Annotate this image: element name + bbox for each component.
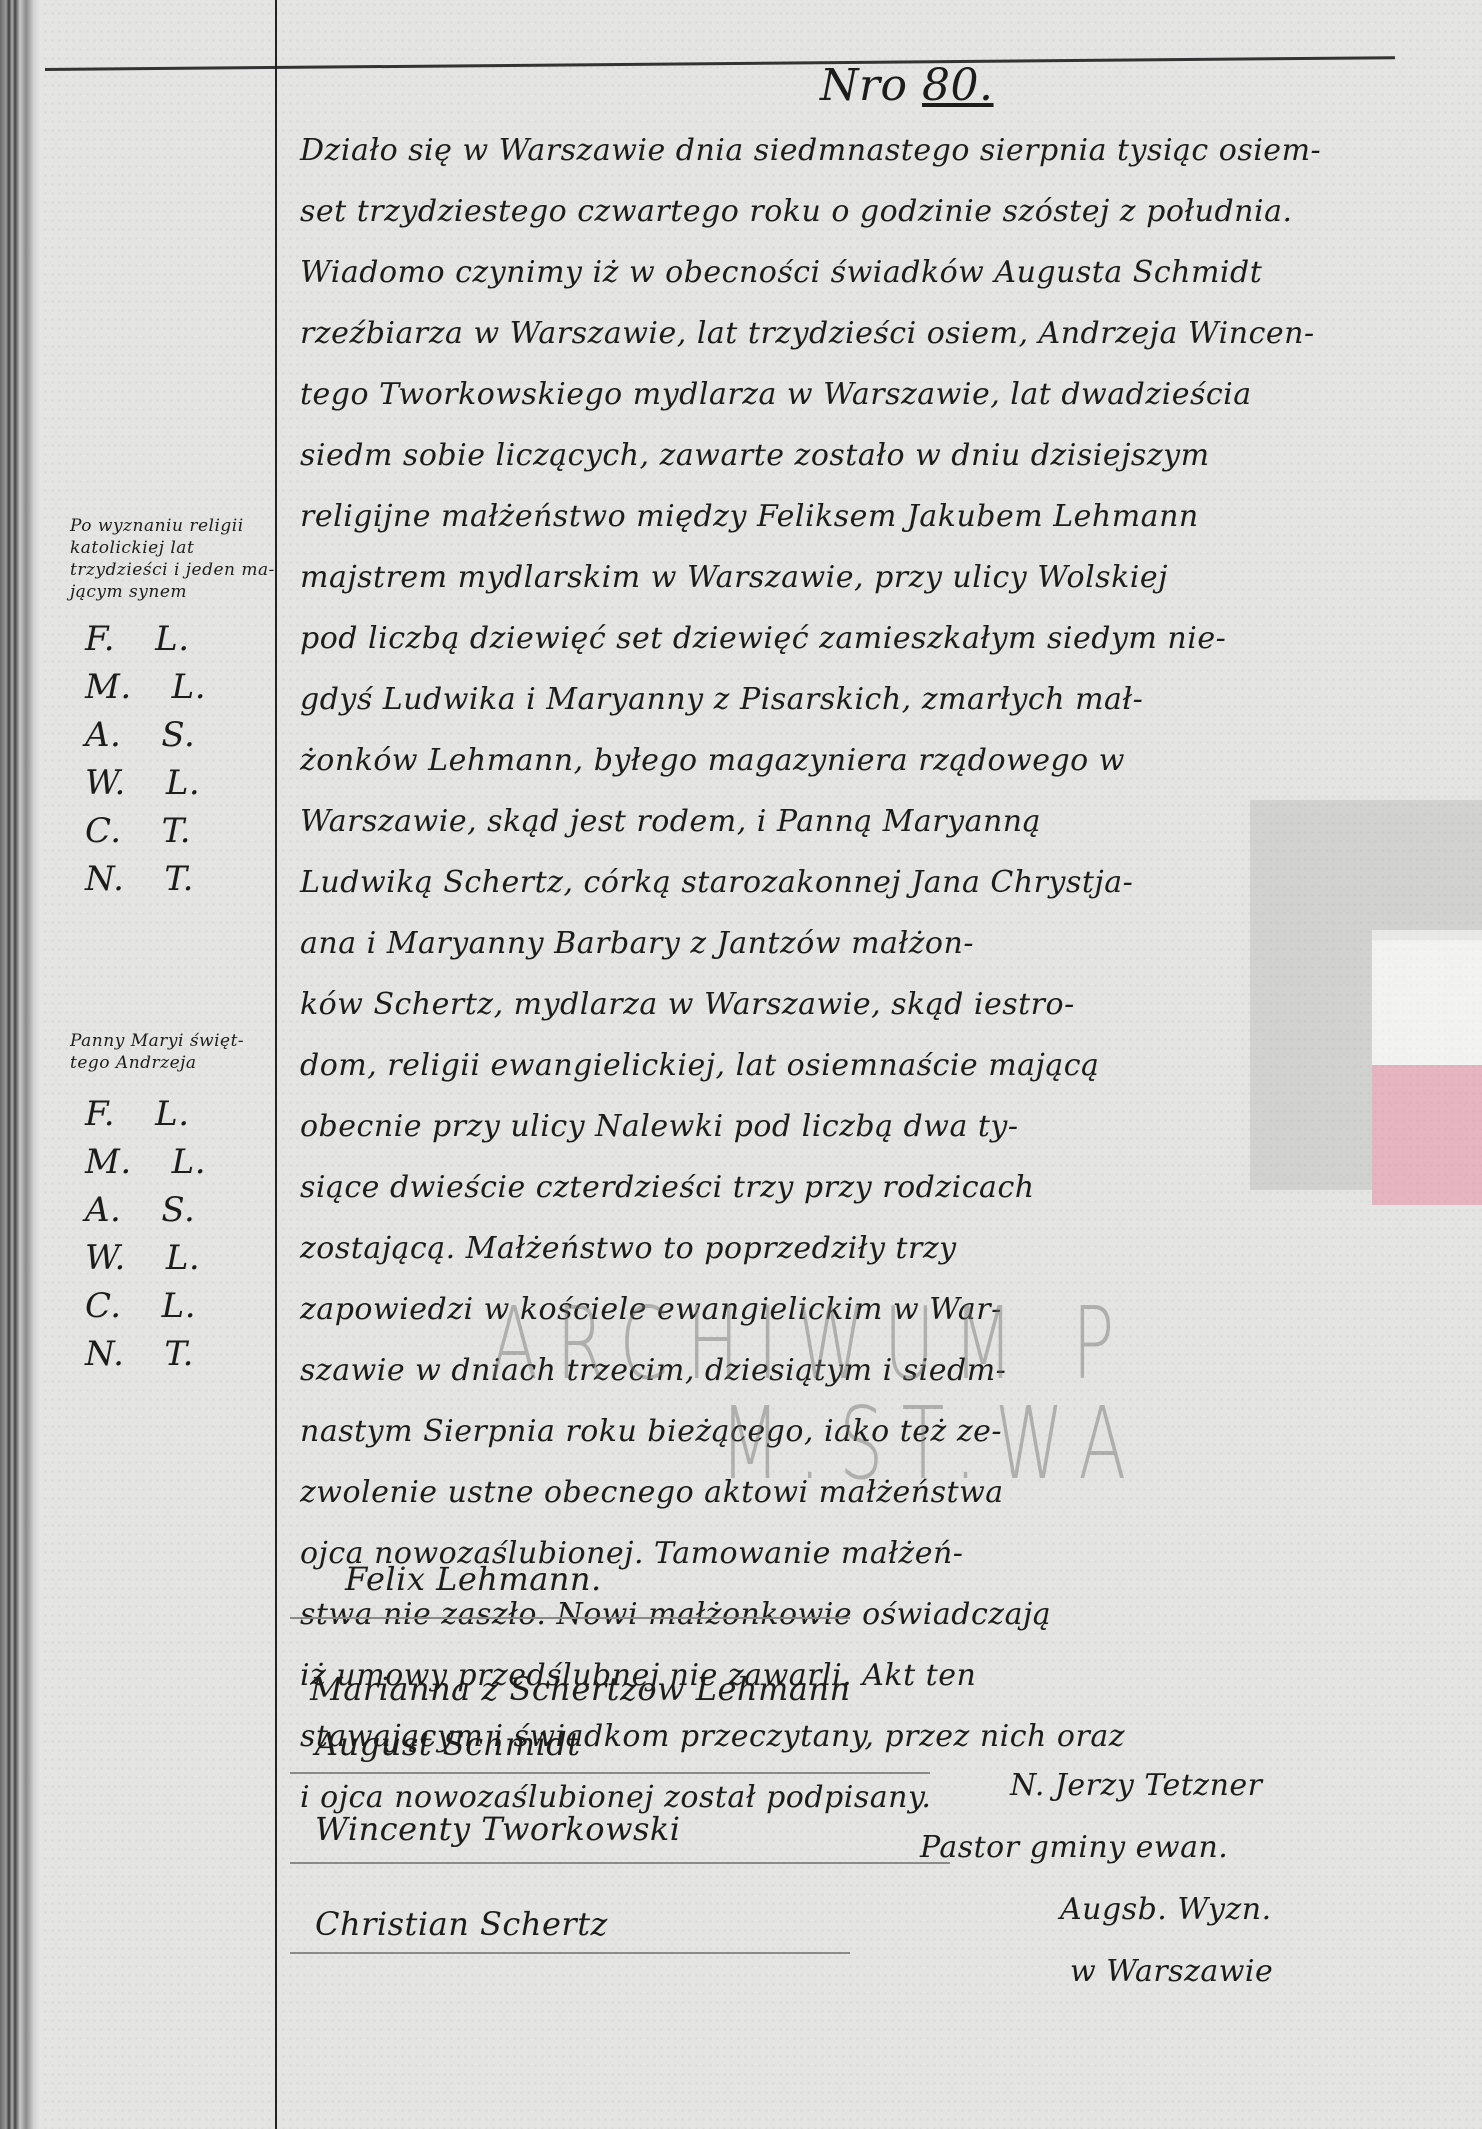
body-line: Działo się w Warszawie dnia siedmnastego… [300, 120, 1450, 181]
archive-watermark-line-2: M.ST.WA [720, 1385, 1144, 1502]
initial: N. [85, 855, 124, 903]
initial: L. [172, 663, 206, 711]
signature-father: Christian Schertz [315, 1905, 608, 1943]
margin-note-line: jącym synem [70, 581, 275, 603]
body-line: religijne małżeństwo między Feliksem Jak… [300, 486, 1450, 547]
signature-rule [290, 1862, 950, 1864]
initial: T. [164, 1330, 194, 1378]
body-line: żonków Lehmann, byłego magazyniera rządo… [300, 730, 1450, 791]
initial: S. [161, 1186, 195, 1234]
signature-witness-2: Wincenty Tworkowski [315, 1810, 681, 1848]
margin-rule-line [275, 0, 277, 2129]
pastor-name: N. Jerzy Tetzner [920, 1755, 1400, 1817]
pastor-title: Pastor gminy ewan. [920, 1817, 1400, 1879]
body-line: pod liczbą dziewięć set dziewięć zamiesz… [300, 608, 1450, 669]
initial: T. [164, 855, 194, 903]
initial: S. [161, 711, 195, 759]
overlay-gray-block [1250, 800, 1482, 940]
overlay-pink-block [1372, 1065, 1482, 1205]
signature-witness-1: August Schmidt [315, 1725, 581, 1763]
body-line: zostającą. Małżeństwo to poprzedziły trz… [300, 1218, 1450, 1279]
margin-note-line: Po wyznaniu religii katolickiej lat [70, 515, 275, 559]
margin-initials-1: F.L. M.L. A.S. W.L. C.T. N.T. [85, 615, 206, 903]
initial: N. [85, 1330, 124, 1378]
initial: L. [166, 1234, 200, 1282]
margin-note-line: tego Andrzeja [70, 1052, 275, 1074]
initial: M. [85, 663, 132, 711]
initial: L. [155, 615, 189, 663]
initial: T. [162, 807, 192, 855]
page-binding-edge [0, 0, 40, 2129]
initial: F. [85, 615, 115, 663]
initial: L. [162, 1282, 196, 1330]
body-line: majstrem mydlarskim w Warszawie, przy ul… [300, 547, 1450, 608]
pastor-confession: Augsb. Wyzn. [920, 1879, 1400, 1941]
overlay-white-block [1372, 930, 1482, 1065]
body-line: set trzydziestego czwartego roku o godzi… [300, 181, 1450, 242]
initial: M. [85, 1138, 132, 1186]
body-line: gdyś Ludwika i Maryanny z Pisarskich, zm… [300, 669, 1450, 730]
signature-rule [290, 1617, 850, 1619]
overlay-gray-block [1250, 940, 1372, 1190]
initial: W. [85, 759, 126, 807]
signature-rule [290, 1772, 930, 1774]
document-page: Nro 80. Działo się w Warszawie dnia sied… [0, 0, 1482, 2129]
pastor-signature: N. Jerzy Tetzner Pastor gminy ewan. Augs… [920, 1755, 1400, 2003]
signature-groom: Felix Lehmann. [345, 1560, 602, 1598]
record-number-value: 80. [922, 60, 993, 111]
body-line: rzeźbiarza w Warszawie, lat trzydzieści … [300, 303, 1450, 364]
pastor-place: w Warszawie [920, 1941, 1400, 2003]
initial: F. [85, 1090, 115, 1138]
record-number-prefix: Nro [820, 60, 908, 111]
margin-note-1: Po wyznaniu religii katolickiej lat trzy… [70, 515, 275, 603]
margin-note-line: Panny Maryi święt- [70, 1030, 275, 1052]
body-line: tego Tworkowskiego mydlarza w Warszawie,… [300, 364, 1450, 425]
initial: L. [166, 759, 200, 807]
margin-note-line: trzydzieści i jeden ma- [70, 559, 275, 581]
initial: W. [85, 1234, 126, 1282]
signature-rule [290, 1952, 850, 1954]
record-number: Nro 80. [820, 60, 994, 111]
body-line: siedm sobie liczących, zawarte zostało w… [300, 425, 1450, 486]
signature-bride: Marianna z Schertzow Lehmann [310, 1670, 851, 1708]
initial: C. [85, 807, 122, 855]
initial: L. [155, 1090, 189, 1138]
body-line: Wiadomo czynimy iż w obecności świadków … [300, 242, 1450, 303]
initial: A. [85, 1186, 121, 1234]
header-rule-line [45, 56, 1395, 71]
initial: A. [85, 711, 121, 759]
initial: L. [172, 1138, 206, 1186]
initial: C. [85, 1282, 122, 1330]
margin-note-2: Panny Maryi święt- tego Andrzeja [70, 1030, 275, 1074]
margin-initials-2: F.L. M.L. A.S. W.L. C.L. N.T. [85, 1090, 206, 1378]
